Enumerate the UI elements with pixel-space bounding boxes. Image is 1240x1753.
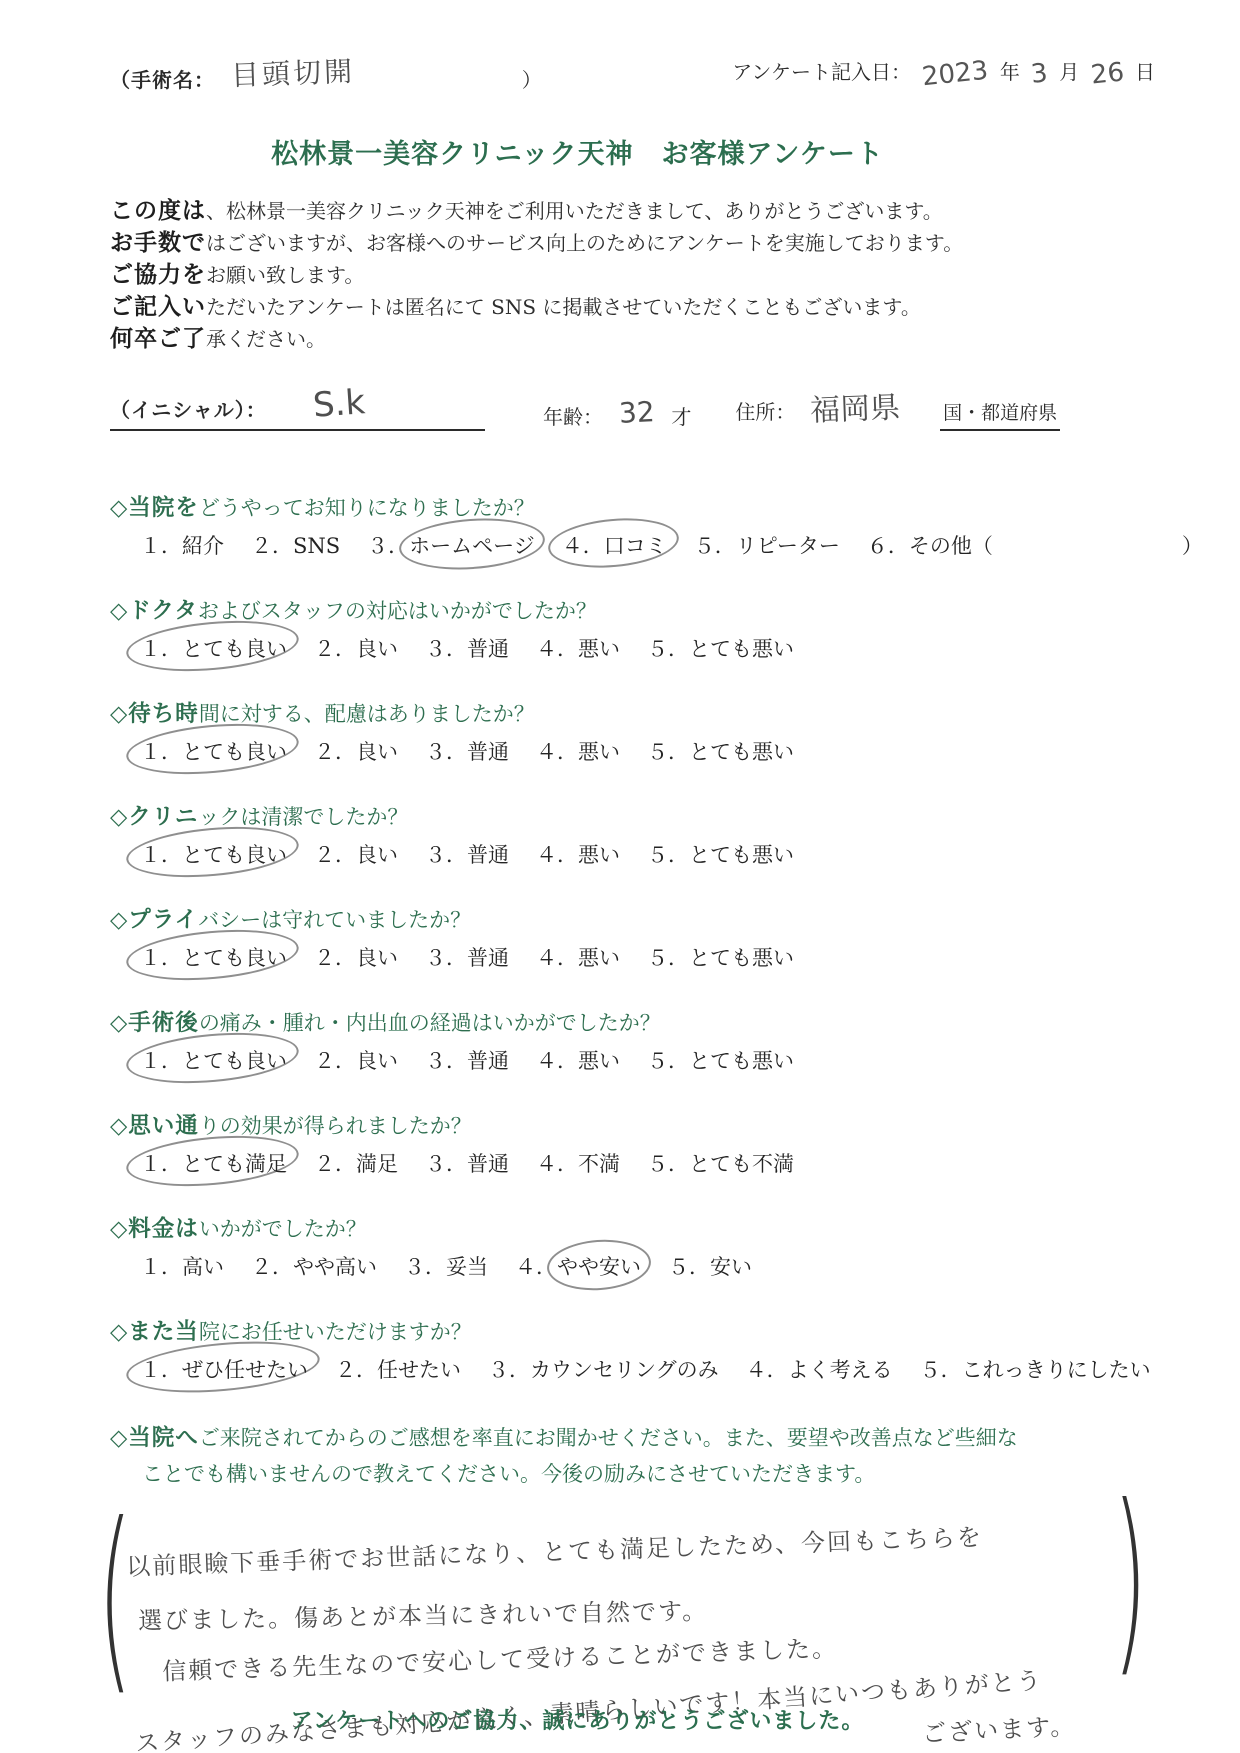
feedback-prompt-lead: ◇当院へ	[110, 1425, 199, 1451]
option: ２．良い	[314, 838, 398, 872]
option-label: ホームページ	[409, 529, 535, 563]
option: ４．悪い	[536, 735, 620, 769]
option-number: ４．	[562, 534, 604, 558]
option: ６．その他（ ）	[867, 529, 1203, 563]
option-number: ５．	[647, 1049, 689, 1073]
question-header-lead: ◇待ち時	[110, 701, 199, 727]
option: ２．SNS	[251, 529, 340, 563]
option-number: ３．	[404, 1255, 446, 1279]
option-label: とても満足	[182, 1147, 287, 1181]
question-header: ◇ドクタおよびスタッフの対応はいかがでしたか？	[110, 596, 1155, 626]
option: ２．任せたい	[335, 1353, 461, 1387]
intro-line-text: 、松林景一美容クリニック天神をご利用いただきまして、ありがとうございます。	[206, 199, 943, 223]
feedback-prompt: ◇当院へご来院されてからのご感想を率直にお聞かせください。また、要望や改善点など…	[110, 1420, 1155, 1492]
option-label: とても悪い	[689, 735, 794, 769]
address-field: 住所： 福岡県 国・都道府県	[735, 384, 1060, 431]
question: ◇また当院にお任せいただけますか？１．ぜひ任せたい２．任せたい３．カウンセリング…	[110, 1317, 1155, 1387]
intro-line-text: 承ください。	[206, 327, 326, 351]
option: ５．リピーター	[694, 529, 840, 563]
option: ３．カウンセリングのみ	[488, 1353, 719, 1387]
option: ３．普通	[425, 838, 509, 872]
question: ◇プライバシーは守れていましたか？１．とても良い２．良い３．普通４．悪い５．とて…	[110, 905, 1155, 975]
survey-date-month-handwritten: 3	[1030, 58, 1050, 90]
option-number: ２．	[314, 740, 356, 764]
option: ３．妥当	[404, 1250, 488, 1284]
option: ５．とても悪い	[647, 632, 794, 666]
option: ３．普通	[425, 1044, 509, 1078]
option-number: １．	[140, 1049, 182, 1073]
intro-line-text: はございますが、お客様へのサービス向上のためにアンケートを実施しております。	[206, 231, 963, 255]
option-number: ４．	[515, 1255, 557, 1279]
option-label: とても良い	[182, 941, 287, 975]
option-number: ４．	[536, 637, 578, 661]
option-label: とても良い	[182, 632, 287, 666]
question-header-rest: ックは清潔でしたか？	[198, 805, 408, 829]
option-label: やや安い	[557, 1250, 641, 1284]
initial-field: （イニシャル）： S.k	[110, 386, 485, 431]
option-number: ６．	[867, 534, 909, 558]
option-number: ２．	[251, 534, 293, 558]
feedback-prompt-rest: ご来院されてからのご感想を率直にお聞かせください。また、要望や改善点など些細な	[199, 1426, 1018, 1450]
question-options: １．とても良い２．良い３．普通４．悪い５．とても悪い	[110, 941, 1155, 975]
option-selected: １．とても良い	[140, 735, 287, 769]
option-number: ５．	[647, 740, 689, 764]
option-number: ２．	[251, 1255, 293, 1279]
survey-date-year-handwritten: 2023	[921, 56, 990, 93]
comment-handwritten-line: 信頼できる先生なので安心して受けることができました。	[162, 1628, 839, 1687]
option-number: ３．	[367, 534, 409, 558]
option-number: ５．	[668, 1255, 710, 1279]
intro-line-lead: ご記入い	[110, 293, 206, 320]
surgery-name-label: （手術名：	[110, 68, 215, 92]
option-selected: ４．口コミ	[562, 529, 667, 563]
option-number: ５．	[694, 534, 736, 558]
option: ５．とても悪い	[647, 1044, 794, 1078]
option-selected: １．とても良い	[140, 838, 287, 872]
address-hint: 国・都道府県	[940, 398, 1060, 431]
option: ５．とても悪い	[647, 838, 794, 872]
option-number: ２．	[314, 843, 356, 867]
intro-paragraph: この度は、松林景一美容クリニック天神をご利用いただきまして、ありがとうございます…	[110, 195, 1155, 355]
question-options: １．とても良い２．良い３．普通４．悪い５．とても悪い	[110, 1044, 1155, 1078]
option: ４．悪い	[536, 1044, 620, 1078]
option-label: とても悪い	[689, 1044, 794, 1078]
option-label: 良い	[356, 632, 398, 666]
question-header-rest: の痛み・腫れ・内出血の経過はいかがでしたか？	[199, 1011, 661, 1035]
option-selected: ３．ホームページ	[367, 529, 535, 563]
option-label: 悪い	[578, 838, 620, 872]
initial-label: （イニシャル）：	[110, 398, 267, 422]
option-number: ４．	[536, 1049, 578, 1073]
profile-row: （イニシャル）： S.k 年齢： 32 才 住所： 福岡県 国・都道府県	[110, 379, 1155, 431]
option-number: １．	[140, 1152, 182, 1176]
option-label: 安い	[710, 1250, 752, 1284]
option-label: やや高い	[293, 1250, 377, 1284]
option-label: 悪い	[578, 1044, 620, 1078]
question-options: １．高い２．やや高い３．妥当４．やや安い５．安い	[110, 1250, 1155, 1284]
option-selected: １．とても良い	[140, 632, 287, 666]
option-label: 悪い	[578, 941, 620, 975]
option: ２．やや高い	[251, 1250, 377, 1284]
option-number: ３．	[425, 946, 467, 970]
footer-thanks: アンケートへのご協力、誠にありがとうございました。	[55, 1704, 1100, 1735]
intro-line: お手数ではございますが、お客様へのサービス向上のためにアンケートを実施しておりま…	[110, 227, 1155, 259]
option-number: ４．	[536, 843, 578, 867]
option: １．高い	[140, 1250, 224, 1284]
header-row: （手術名： 目頭切開 ） アンケート記入日： 2023 年 3 月 26 日	[110, 56, 1155, 96]
option-label: とても良い	[182, 1044, 287, 1078]
comment-open-paren: (	[97, 1498, 132, 1698]
intro-line-lead: 何卒ご了	[110, 325, 206, 352]
question-options: １．とても良い２．良い３．普通４．悪い５．とても悪い	[110, 735, 1155, 769]
survey-date-day-unit: 日	[1135, 60, 1155, 84]
intro-line-lead: この度は	[110, 197, 206, 224]
option-label: リピーター	[736, 529, 840, 563]
option: ５．とても悪い	[647, 735, 794, 769]
survey-date-day-handwritten: 26	[1089, 57, 1125, 90]
option-number: ２．	[314, 1049, 356, 1073]
option-selected: ４．やや安い	[515, 1250, 641, 1284]
option-label: 普通	[467, 941, 509, 975]
option-label: とても悪い	[689, 941, 794, 975]
option: ４．悪い	[536, 632, 620, 666]
intro-line: この度は、松林景一美容クリニック天神をご利用いただきまして、ありがとうございます…	[110, 195, 1155, 227]
option-label: 妥当	[446, 1250, 488, 1284]
option: ２．良い	[314, 735, 398, 769]
option: ４．悪い	[536, 838, 620, 872]
question-header-rest: およびスタッフの対応はいかがでしたか？	[198, 599, 597, 623]
option: ２．満足	[314, 1147, 398, 1181]
survey-date-field: アンケート記入日： 2023 年 3 月 26 日	[732, 56, 1155, 86]
option-number: ４．	[536, 1152, 578, 1176]
option-number: １．	[140, 534, 182, 558]
option: ５．とても悪い	[647, 941, 794, 975]
survey-date-month-unit: 月	[1059, 60, 1079, 84]
initial-handwritten-value: S.k	[312, 382, 367, 426]
question-header-rest: 院にお任せいただけますか？	[199, 1320, 472, 1344]
option-label: とても良い	[182, 735, 287, 769]
question: ◇ドクタおよびスタッフの対応はいかがでしたか？１．とても良い２．良い３．普通４．…	[110, 596, 1155, 666]
feedback-prompt-line1: ◇当院へご来院されてからのご感想を率直にお聞かせください。また、要望や改善点など…	[110, 1420, 1155, 1456]
option: １．紹介	[140, 529, 224, 563]
option-label: 高い	[182, 1250, 224, 1284]
question-header-lead: ◇当院を	[110, 495, 199, 521]
option-number: ３．	[425, 637, 467, 661]
question-options: １．とても満足２．満足３．普通４．不満５．とても不満	[110, 1147, 1155, 1181]
option-label: とても不満	[689, 1147, 794, 1181]
option-selected: １．ぜひ任せたい	[140, 1353, 308, 1387]
option-label: カウンセリングのみ	[530, 1353, 719, 1387]
question-header-rest: 間に対する、配慮はありましたか？	[199, 702, 535, 726]
option-number: ４．	[536, 740, 578, 764]
survey-scan-page: （手術名： 目頭切開 ） アンケート記入日： 2023 年 3 月 26 日 松…	[0, 0, 1240, 1753]
option: ５．安い	[668, 1250, 752, 1284]
option-label: 良い	[356, 735, 398, 769]
question-header-rest: バシーは守れていましたか？	[198, 908, 471, 932]
option-selected: １．とても良い	[140, 941, 287, 975]
surgery-name-handwritten-value: 目頭切開	[231, 50, 356, 94]
option-label: ぜひ任せたい	[182, 1353, 308, 1387]
option-selected: １．とても良い	[140, 1044, 287, 1078]
comment-handwritten-line: 選びました。傷あとが本当にきれいで自然です。	[138, 1591, 709, 1636]
question-header-lead: ◇思い通	[110, 1113, 199, 1139]
option-label: とても悪い	[689, 632, 794, 666]
age-label: 年齢：	[543, 405, 603, 429]
option: ３．普通	[425, 1147, 509, 1181]
option-label: 悪い	[578, 735, 620, 769]
surgery-name-field: （手術名： 目頭切開 ）	[110, 56, 542, 96]
intro-line: ご記入いただいたアンケートは匿名にて SNS に掲載させていただくこともございま…	[110, 291, 1155, 323]
question-header-lead: ◇手術後	[110, 1010, 199, 1036]
option-label: よく考える	[788, 1353, 893, 1387]
survey-date-year-unit: 年	[1000, 60, 1020, 84]
question-header-rest: りの効果が得られましたか？	[199, 1114, 472, 1138]
question-header: ◇手術後の痛み・腫れ・内出血の経過はいかがでしたか？	[110, 1008, 1155, 1038]
option-number: ２．	[314, 946, 356, 970]
page-title: 松林景一美容クリニック天神 お客様アンケート	[55, 132, 1100, 171]
question-options: １．とても良い２．良い３．普通４．悪い５．とても悪い	[110, 632, 1155, 666]
option-number: ２．	[314, 637, 356, 661]
age-unit: 才	[671, 405, 691, 429]
option-label: 良い	[356, 838, 398, 872]
comment-close-paren: )	[1112, 1480, 1147, 1680]
question-options: １．とても良い２．良い３．普通４．悪い５．とても悪い	[110, 838, 1155, 872]
option-number: １．	[140, 946, 182, 970]
question-header-lead: ◇料金は	[110, 1216, 199, 1242]
question-header: ◇料金はいかがでしたか？	[110, 1214, 1155, 1244]
option-label: 良い	[356, 941, 398, 975]
option-label: 良い	[356, 1044, 398, 1078]
question-header-lead: ◇プライ	[110, 907, 198, 933]
option-label: 悪い	[578, 632, 620, 666]
question-list: ◇当院をどうやってお知りになりましたか？１．紹介２．SNS３．ホームページ４．口…	[110, 493, 1155, 1387]
question-header: ◇また当院にお任せいただけますか？	[110, 1317, 1155, 1347]
option-number: ３．	[425, 1049, 467, 1073]
option-number: ３．	[425, 740, 467, 764]
question-header-rest: どうやってお知りになりましたか？	[199, 496, 535, 520]
question: ◇当院をどうやってお知りになりましたか？１．紹介２．SNS３．ホームページ４．口…	[110, 493, 1155, 563]
option-number: ３．	[425, 1152, 467, 1176]
question: ◇待ち時間に対する、配慮はありましたか？１．とても良い２．良い３．普通４．悪い５…	[110, 699, 1155, 769]
question-options: １．紹介２．SNS３．ホームページ４．口コミ５．リピーター６．その他（ ）	[110, 529, 1155, 563]
question-header: ◇思い通りの効果が得られましたか？	[110, 1111, 1155, 1141]
intro-line-lead: ご協力を	[110, 261, 206, 288]
question: ◇思い通りの効果が得られましたか？１．とても満足２．満足３．普通４．不満５．とて…	[110, 1111, 1155, 1181]
option-label: その他（ ）	[909, 529, 1203, 563]
comment-handwritten-line: 以前眼瞼下垂手術でお世話になり、とても満足したため、今回もこちらを	[126, 1517, 984, 1582]
option-number: ５．	[920, 1358, 962, 1382]
option-number: ３．	[425, 843, 467, 867]
question-header-rest: いかがでしたか？	[199, 1217, 367, 1241]
option-selected: １．とても満足	[140, 1147, 287, 1181]
option-number: ４．	[746, 1358, 788, 1382]
question-header-lead: ◇ドクタ	[110, 598, 198, 624]
address-handwritten-value: 福岡県	[809, 382, 900, 429]
option-label: SNS	[293, 529, 340, 563]
question: ◇料金はいかがでしたか？１．高い２．やや高い３．妥当４．やや安い５．安い	[110, 1214, 1155, 1284]
intro-line-lead: お手数で	[110, 229, 206, 256]
option-label: これっきりにしたい	[962, 1353, 1151, 1387]
option-label: 普通	[467, 735, 509, 769]
option-number: ２．	[335, 1358, 377, 1382]
option-number: １．	[140, 637, 182, 661]
option: ５．とても不満	[647, 1147, 794, 1181]
option-label: とても良い	[182, 838, 287, 872]
age-field: 年齢： 32 才	[543, 398, 691, 431]
address-label: 住所：	[735, 400, 795, 424]
option-label: 普通	[467, 838, 509, 872]
intro-line-text: お願い致します。	[206, 263, 364, 287]
option: ２．良い	[314, 632, 398, 666]
option-label: 普通	[467, 1147, 509, 1181]
option-number: ２．	[314, 1152, 356, 1176]
option: ２．良い	[314, 941, 398, 975]
option-label: 満足	[356, 1147, 398, 1181]
option-number: １．	[140, 843, 182, 867]
question-header: ◇当院をどうやってお知りになりましたか？	[110, 493, 1155, 523]
option-label: 普通	[467, 632, 509, 666]
option: ２．良い	[314, 1044, 398, 1078]
intro-line: ご協力をお願い致します。	[110, 259, 1155, 291]
option-number: ５．	[647, 637, 689, 661]
option-label: 任せたい	[377, 1353, 461, 1387]
option: ３．普通	[425, 735, 509, 769]
option-label: 普通	[467, 1044, 509, 1078]
option-number: ３．	[488, 1358, 530, 1382]
question: ◇クリニックは清潔でしたか？１．とても良い２．良い３．普通４．悪い５．とても悪い	[110, 802, 1155, 872]
age-handwritten-value: 32	[619, 395, 656, 430]
question-header: ◇クリニックは清潔でしたか？	[110, 802, 1155, 832]
intro-line-text: ただいたアンケートは匿名にて SNS に掲載させていただくこともございます。	[206, 295, 921, 319]
question-header-lead: ◇クリニ	[110, 804, 198, 830]
question-options: １．ぜひ任せたい２．任せたい３．カウンセリングのみ４．よく考える５．これっきりに…	[110, 1353, 1155, 1387]
option-number: １．	[140, 1255, 182, 1279]
option: ３．普通	[425, 632, 509, 666]
surgery-name-close-paren: ）	[522, 68, 542, 92]
option: ５．これっきりにしたい	[920, 1353, 1151, 1387]
option-number: １．	[140, 1358, 182, 1382]
feedback-prompt-line2: ことでも構いませんので教えてください。今後の励みにさせていただきます。	[110, 1456, 1155, 1492]
option-label: 口コミ	[604, 529, 667, 563]
option: ３．普通	[425, 941, 509, 975]
option-number: １．	[140, 740, 182, 764]
option-number: ５．	[647, 843, 689, 867]
question-header-lead: ◇また当	[110, 1319, 199, 1345]
option-number: ４．	[536, 946, 578, 970]
option-number: ５．	[647, 946, 689, 970]
survey-date-label: アンケート記入日：	[732, 60, 911, 84]
option-label: 不満	[578, 1147, 620, 1181]
question-header: ◇待ち時間に対する、配慮はありましたか？	[110, 699, 1155, 729]
intro-line: 何卒ご了承ください。	[110, 323, 1155, 355]
option-label: 紹介	[182, 529, 224, 563]
option-label: とても悪い	[689, 838, 794, 872]
option: ４．よく考える	[746, 1353, 893, 1387]
option: ４．悪い	[536, 941, 620, 975]
option: ４．不満	[536, 1147, 620, 1181]
question: ◇手術後の痛み・腫れ・内出血の経過はいかがでしたか？１．とても良い２．良い３．普…	[110, 1008, 1155, 1078]
option-number: ５．	[647, 1152, 689, 1176]
question-header: ◇プライバシーは守れていましたか？	[110, 905, 1155, 935]
